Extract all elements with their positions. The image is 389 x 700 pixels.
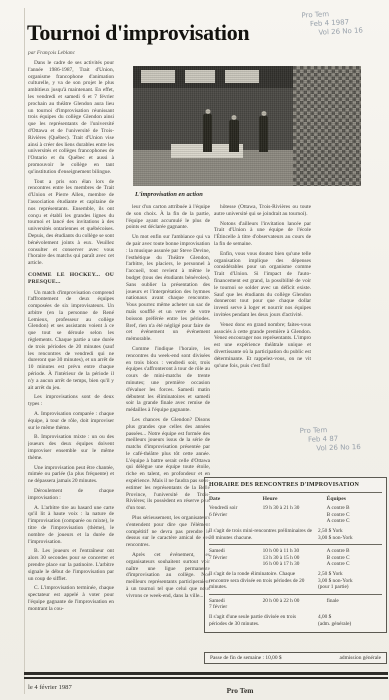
photo-figure [203, 114, 212, 152]
cell-date: Samedi 7 février [209, 548, 263, 568]
handwritten-line: Vol 26 No 16 [316, 443, 361, 454]
photo-poster [225, 70, 259, 83]
photo-figure [229, 120, 239, 152]
column2-paragraphs: leur d'un carton attribuée à l'équipe de… [126, 204, 210, 600]
photo-poster [185, 70, 215, 83]
schedule-row-samedi-finale: Samedi 7 février 20 h 00 à 22 h 00 final… [209, 598, 382, 611]
schedule-row-vendredi: Vendredi soir 6 février 19 h 30 à 21 h 3… [209, 505, 382, 525]
article-byline: par François Leblanc [28, 50, 75, 56]
rules-paragraphs: Un match d'improvisation comprend l'affr… [28, 290, 114, 613]
page-edge-line [24, 8, 25, 694]
intro-paragraphs: Dans le cadre de ses activités pour l'an… [28, 60, 114, 267]
cell-teams: A contre BB contre CA contre C [327, 548, 382, 568]
schedule-table-title: HORAIRE DES RENCONTRES D'IMPROVISATION [209, 482, 382, 489]
article-title: Tournoi d'improvisation [27, 20, 297, 46]
photo-backdrop-band [133, 66, 293, 88]
table-rule [209, 594, 382, 595]
note-price: 2,50 $ York3,00 $ non-York(pour 1 partie… [318, 571, 382, 591]
table-rule [209, 544, 382, 545]
newspaper-page-scan: Pro Tem Feb 4 1987 Vol 26 No 16 Pro Tem … [0, 0, 389, 700]
footer-double-rule [24, 672, 388, 679]
note-price: 2,50 $ York3,00 $ non-York [318, 528, 382, 541]
photo-figure [259, 116, 268, 152]
note-text: Il s'agit de trois mini-rencontres préli… [209, 528, 318, 541]
photo-dark-wall [133, 88, 293, 150]
photo-stage-table [171, 144, 243, 158]
column-header-date: Date [209, 496, 263, 503]
cell-teams: finale [327, 598, 382, 611]
handwritten-note-top: Pro Tem Feb 4 1987 Vol 26 No 16 [301, 8, 363, 38]
article-photo [133, 66, 361, 186]
article-column-3: hôtesse (Ottawa, Trois-Rivières ou toute… [214, 204, 311, 472]
photo-caption: L'improvisation en action [135, 191, 203, 198]
column-header-equipes: Équipes [327, 496, 382, 503]
schedule-table: HORAIRE DES RENCONTRES D'IMPROVISATION D… [204, 477, 387, 633]
note-text: Il s'agit de la ronde éliminatoire. Chaq… [209, 571, 318, 591]
cell-teams: A contre BB contre CA contre C [327, 505, 382, 525]
cell-date: Vendredi soir 6 février [209, 505, 263, 525]
note-text: Il s'agit d'une seule partie divisée en … [209, 614, 318, 627]
pass-label: Passe de fin de semaine : 10,00 $ [210, 655, 282, 661]
footer-date: le 4 février 1987 [28, 684, 72, 691]
photo-poster [141, 70, 175, 83]
cell-times: 19 h 30 à 21 h 30 [263, 505, 327, 525]
photo-stage-floor [133, 150, 293, 186]
column-header-heure: Heure [263, 496, 327, 503]
photo-figure-head [232, 115, 237, 120]
article-column-1: Dans le cadre de ses activités pour l'an… [28, 60, 114, 688]
cell-times: 10 h 00 à 11 h 3013 h 30 à 15 h 0016 h 0… [263, 548, 327, 568]
column3-paragraphs: hôtesse (Ottawa, Trois-Rivières ou toute… [214, 204, 311, 369]
photo-figure-head [205, 109, 210, 114]
section-subhead: COMME LE HOCKEY... OU PRESQUE... [28, 272, 114, 286]
cell-times: 20 h 00 à 22 h 00 [263, 598, 327, 611]
schedule-note: Il s'agit de la ronde éliminatoire. Chaq… [209, 571, 382, 591]
note-price: 4,00 $(adm. générale) [318, 614, 382, 627]
schedule-note: Il s'agit d'une seule partie divisée en … [209, 614, 382, 627]
schedule-note: Il s'agit de trois mini-rencontres préli… [209, 528, 382, 541]
schedule-table-header: Date Heure Équipes [209, 496, 382, 503]
photo-figure-head [261, 111, 266, 116]
article-column-2: leur d'un carton attribuée à l'équipe de… [126, 204, 210, 690]
cell-date: Samedi 7 février [209, 598, 263, 611]
weekend-pass-row: Passe de fin de semaine : 10,00 $ admiss… [204, 652, 387, 664]
pass-value: admission générale [340, 655, 381, 661]
schedule-row-samedi-eliminatoire: Samedi 7 février 10 h 00 à 11 h 3013 h 3… [209, 548, 382, 568]
footer-publication: Pro Tem [227, 686, 254, 695]
photo-checkered-curtain [293, 66, 361, 186]
handwritten-line: Vol 26 No 16 [318, 26, 363, 37]
table-rule [209, 492, 382, 493]
